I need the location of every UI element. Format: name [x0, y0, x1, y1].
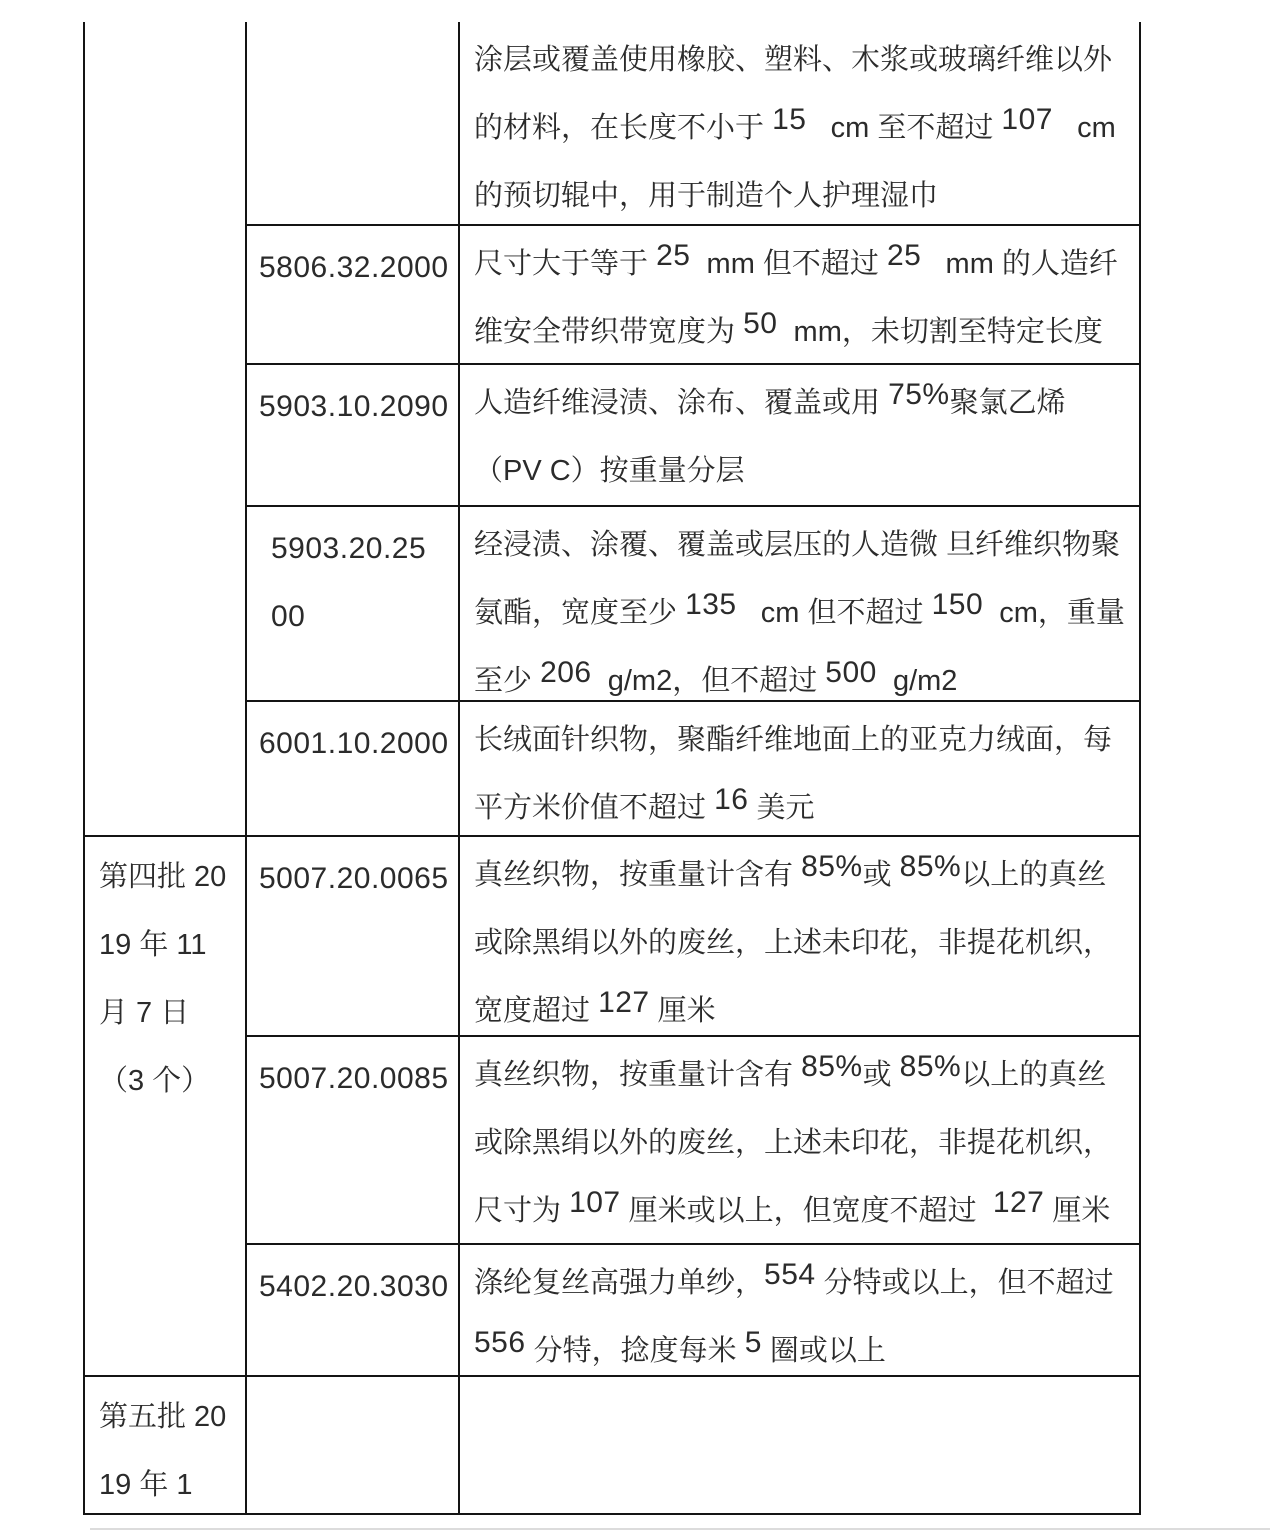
- raised-number: 75%: [888, 378, 950, 411]
- description-cell: 人造纤维浸渍、涂布、覆盖或用 75%聚氯乙烯（PV C）按重量分层: [458, 363, 1139, 505]
- raised-number: 85%: [900, 850, 962, 883]
- raised-number: 25: [656, 239, 690, 272]
- hts-code-cell: 5007.20.0065: [245, 835, 458, 1035]
- description-cell: 长绒面针织物，聚酯纤维地面上的亚克力绒面，每平方米价值不超过 16 美元: [458, 700, 1139, 835]
- batch-cell: [85, 22, 245, 835]
- raised-number: 554: [764, 1258, 816, 1291]
- hts-code-cell: 5402.20.3030: [245, 1243, 458, 1375]
- hts-code-cell: 5007.20.0085: [245, 1035, 458, 1243]
- raised-number: 85%: [801, 850, 863, 883]
- batch-cell: 第四批 2019 年 11 月 7 日 （3 个）: [85, 835, 245, 1375]
- raised-number: 15: [772, 103, 806, 136]
- raised-number: 127: [598, 986, 650, 1019]
- batch-cell: 第五批 2019 年 1: [85, 1375, 245, 1513]
- raised-number: 500: [825, 656, 877, 689]
- raised-number: 127: [993, 1186, 1045, 1219]
- description-cell: 经浸渍、涂覆、覆盖或层压的人造微 旦纤维织物聚氨酯，宽度至少 135 cm 但不…: [458, 505, 1139, 700]
- raised-number: 16: [714, 783, 748, 816]
- scan-artifact-line: [90, 1528, 1270, 1530]
- description-cell: 尺寸大于等于 25 mm 但不超过 25 mm 的人造纤维安全带织带宽度为 50…: [458, 224, 1139, 363]
- description-cell: 真丝织物，按重量计含有 85%或 85%以上的真丝或除黑绢以外的废丝，上述未印花…: [458, 835, 1139, 1035]
- hts-code-cell: 6001.10.2000: [245, 700, 458, 835]
- raised-number: 25: [887, 239, 921, 272]
- tariff-table: 涂层或覆盖使用橡胶、塑料、木浆或玻璃纤维以外的材料，在长度不小于 15 cm 至…: [83, 22, 1141, 1515]
- raised-number: 556: [474, 1326, 526, 1359]
- document-page: 涂层或覆盖使用橡胶、塑料、木浆或玻璃纤维以外的材料，在长度不小于 15 cm 至…: [0, 0, 1280, 1536]
- raised-number: 50: [743, 307, 777, 340]
- description-cell: 涤纶复丝高强力单纱，554 分特或以上，但不超过 556 分特，捻度每米 5 圈…: [458, 1243, 1139, 1375]
- raised-number: 85%: [801, 1050, 863, 1083]
- raised-number: 85%: [900, 1050, 962, 1083]
- hts-code-cell: 5903.20.2500: [245, 505, 458, 700]
- raised-number: 107: [1001, 103, 1053, 136]
- raised-number: 107: [569, 1186, 621, 1219]
- hts-code-cell: 5903.10.2090: [245, 363, 458, 505]
- raised-number: 135: [685, 588, 737, 621]
- raised-number: 150: [932, 588, 984, 621]
- raised-number: 206: [540, 656, 592, 689]
- hts-code-cell: [245, 22, 458, 224]
- description-cell: 涂层或覆盖使用橡胶、塑料、木浆或玻璃纤维以外的材料，在长度不小于 15 cm 至…: [458, 22, 1139, 224]
- description-cell: [458, 1375, 1139, 1513]
- hts-code-cell: 5806.32.2000: [245, 224, 458, 363]
- hts-code-cell: [245, 1375, 458, 1513]
- description-cell: 真丝织物，按重量计含有 85%或 85%以上的真丝或除黑绢以外的废丝，上述未印花…: [458, 1035, 1139, 1243]
- raised-number: 5: [745, 1326, 762, 1359]
